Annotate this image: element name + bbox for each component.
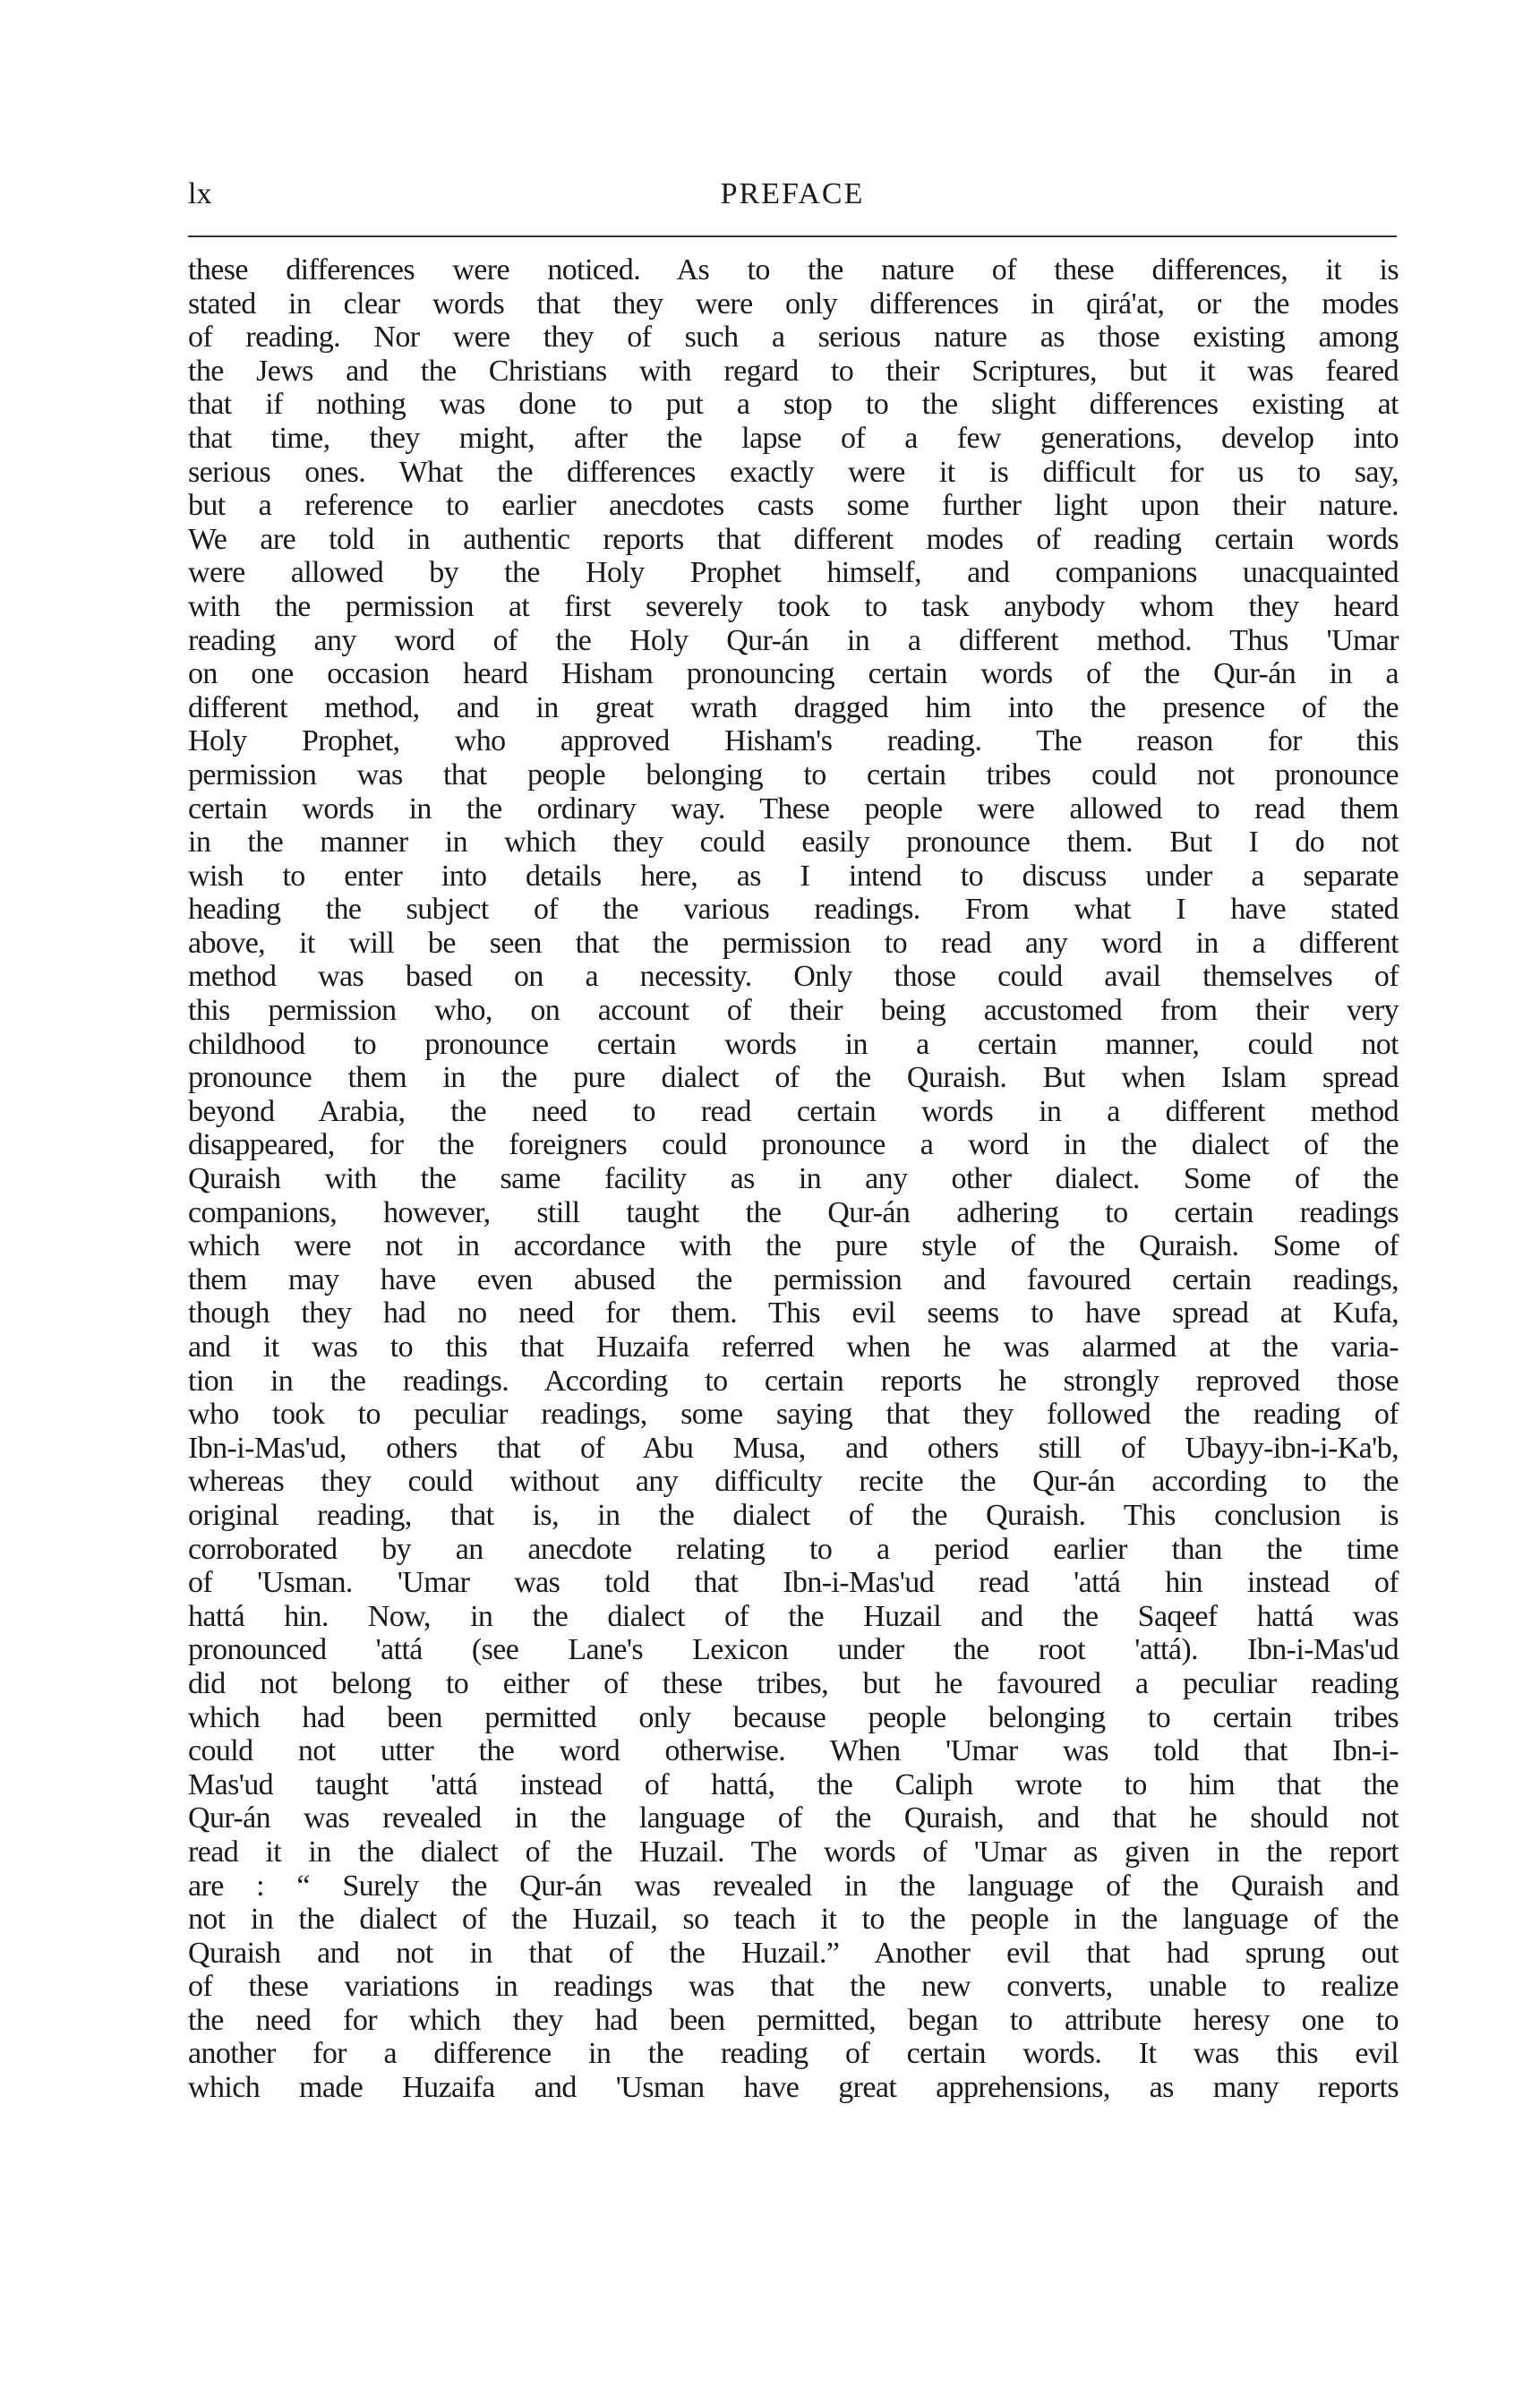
text-line: Holy Prophet, who approved Hisham's read… xyxy=(188,724,1399,758)
text-line: We are told in authentic reports that di… xyxy=(188,523,1399,557)
text-line: this permission who, on account of their… xyxy=(188,994,1399,1028)
text-line: that if nothing was done to put a stop t… xyxy=(188,388,1399,422)
text-line: but a reference to earlier anecdotes cas… xyxy=(188,489,1399,523)
text-line: the need for which they had been permitt… xyxy=(188,2004,1399,2038)
text-line: Ibn-i-Mas'ud, others that of Abu Musa, a… xyxy=(188,1432,1399,1466)
text-line: permission was that people belonging to … xyxy=(188,758,1399,792)
text-line: Qur-án was revealed in the language of t… xyxy=(188,1801,1399,1835)
text-line: could not utter the word otherwise. When… xyxy=(188,1734,1399,1768)
text-line: pronounced 'attá (see Lane's Lexicon und… xyxy=(188,1633,1399,1667)
text-line: these differences were noticed. As to th… xyxy=(188,253,1399,287)
text-line: Quraish with the same facility as in any… xyxy=(188,1162,1399,1196)
text-line: which had been permitted only because pe… xyxy=(188,1701,1399,1735)
text-line: and it was to this that Huzaifa referred… xyxy=(188,1330,1399,1365)
text-line: wish to enter into details here, as I in… xyxy=(188,860,1399,894)
text-line: were allowed by the Holy Prophet himself… xyxy=(188,556,1399,590)
text-line: another for a difference in the reading … xyxy=(188,2037,1399,2071)
text-line: of 'Usman. 'Umar was told that Ibn-i-Mas… xyxy=(188,1566,1399,1600)
text-line: reading any word of the Holy Qur-án in a… xyxy=(188,624,1399,658)
text-line: read it in the dialect of the Huzail. Th… xyxy=(188,1835,1399,1869)
book-page: lx PREFACE these differences were notice… xyxy=(0,0,1540,2404)
text-line: on one occasion heard Hisham pronouncing… xyxy=(188,657,1399,691)
text-line: did not belong to either of these tribes… xyxy=(188,1667,1399,1701)
text-line: them may have even abused the permission… xyxy=(188,1263,1399,1297)
text-line: above, it will be seen that the permissi… xyxy=(188,927,1399,961)
text-line: tion in the readings. According to certa… xyxy=(188,1365,1399,1399)
text-line: original reading, that is, in the dialec… xyxy=(188,1499,1399,1533)
text-line: though they had no need for them. This e… xyxy=(188,1296,1399,1330)
text-line: whereas they could without any difficult… xyxy=(188,1465,1399,1499)
text-line: in the manner in which they could easily… xyxy=(188,826,1399,860)
page-header: lx PREFACE xyxy=(188,172,1397,217)
header-rule xyxy=(188,235,1397,237)
running-title: PREFACE xyxy=(188,172,1397,217)
text-line: Mas'ud taught 'attá instead of hattá, th… xyxy=(188,1768,1399,1802)
text-line: serious ones. What the differences exact… xyxy=(188,456,1399,490)
text-line: heading the subject of the various readi… xyxy=(188,893,1399,927)
text-line: that time, they might, after the lapse o… xyxy=(188,422,1399,456)
text-line: of these variations in readings was that… xyxy=(188,1970,1399,2004)
text-line: with the permission at first severely to… xyxy=(188,590,1399,624)
text-line: companions, however, still taught the Qu… xyxy=(188,1196,1399,1230)
text-line: disappeared, for the foreigners could pr… xyxy=(188,1128,1399,1162)
text-line: childhood to pronounce certain words in … xyxy=(188,1028,1399,1062)
text-line: pronounce them in the pure dialect of th… xyxy=(188,1061,1399,1095)
text-line: beyond Arabia, the need to read certain … xyxy=(188,1095,1399,1129)
text-line: who took to peculiar readings, some sayi… xyxy=(188,1398,1399,1432)
text-line: which were not in accordance with the pu… xyxy=(188,1229,1399,1263)
text-line: of reading. Nor were they of such a seri… xyxy=(188,321,1399,355)
text-line: are : “ Surely the Qur-án was revealed i… xyxy=(188,1869,1399,1904)
text-line: Quraish and not in that of the Huzail.” … xyxy=(188,1937,1399,1971)
text-line: certain words in the ordinary way. These… xyxy=(188,792,1399,826)
text-line: which made Huzaifa and 'Usman have great… xyxy=(188,2071,1399,2105)
text-line: corroborated by an anecdote relating to … xyxy=(188,1533,1399,1567)
text-line: not in the dialect of the Huzail, so tea… xyxy=(188,1903,1399,1937)
text-line: the Jews and the Christians with regard … xyxy=(188,355,1399,389)
text-line: method was based on a necessity. Only th… xyxy=(188,960,1399,994)
body-text: these differences were noticed. As to th… xyxy=(188,253,1399,2105)
text-line: stated in clear words that they were onl… xyxy=(188,287,1399,321)
text-line: hattá hin. Now, in the dialect of the Hu… xyxy=(188,1600,1399,1634)
text-line: different method, and in great wrath dra… xyxy=(188,691,1399,725)
